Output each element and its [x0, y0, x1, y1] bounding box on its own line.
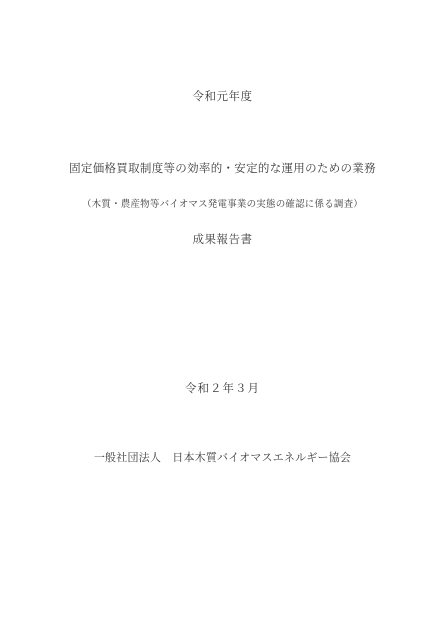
report-cover-page: 令和元年度 固定価格買取制度等の効率的・安定的な運用のための業務 （木質・農産物…: [0, 0, 445, 630]
report-title: 固定価格買取制度等の効率的・安定的な運用のための業務: [0, 160, 445, 176]
publication-date: 令和２年３月: [0, 380, 445, 396]
report-subtitle: （木質・農産物等バイオマス発電事業の実態の確認に係る調査）: [0, 196, 445, 210]
fiscal-year-label: 令和元年度: [0, 88, 445, 104]
document-type-label: 成果報告書: [0, 231, 445, 247]
organization-name: 一般社団法人 日本木質バイオマスエネルギー協会: [0, 449, 445, 465]
